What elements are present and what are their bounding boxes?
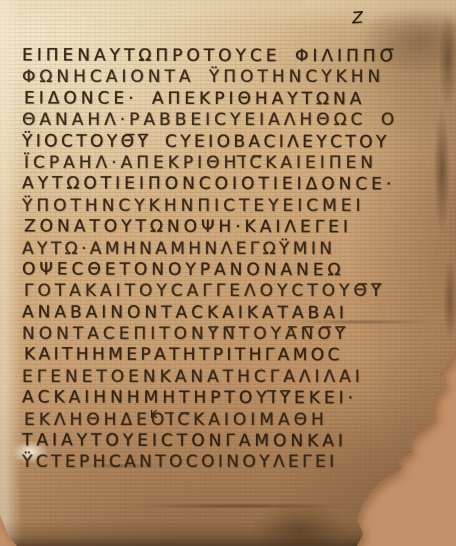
manuscript-line: ΓΟΤΑΚΑΙΤΟΥϹΑΓΓΕΛΟΥϹΤΟΥΘ̅Υ̅ xyxy=(24,281,442,302)
manuscript-line: ΫϹΤΕΡΗϹΑΝΤΟϹΟΙΝΟΥΛΕΓΕΙ xyxy=(22,452,442,473)
interlinear-correction: Κ xyxy=(150,408,157,421)
manuscript-line: ΕΙΔΟΝϹΕ· ΑΠΕΚΡΙΘΗΑΥΤΩΝΑ xyxy=(24,88,442,110)
manuscript-line: ΑΥΤΩ·ΑΜΗΝΑΜΗΝΛΕΓΩΫΜΙΝ xyxy=(22,239,442,260)
manuscript-line: ΦΩΝΗϹΑΙΟΝΤΑ ΫΠΟΤΗΝϹΥΚΗΝ xyxy=(22,67,442,88)
manuscript-line: ΘΑΝΑΗΛ·ΡΑΒΒΕΙϹΥΕΙΑΛΗΘΩϹ Ο xyxy=(22,110,442,131)
manuscript-line: ΫΠΟΤΗΝϹΥΚΗΝΠΙϹΤΕΥΕΙϹΜΕΙ xyxy=(22,196,442,217)
manuscript-line: ΚΑΙΤΗΗΜΕΡΑΤΗΤΡΙΤΗΓΑΜΟϹ xyxy=(24,345,442,367)
manuscript-line: ΤΑΙΑΥΤΟΥΕΙϹΤΟΝΓΑΜΟΝΚΑΙ xyxy=(22,430,442,452)
manuscript-photo: Ζ ΕΙΠΕΝΑΥΤΩΠΡΟΤΟΥϹΕ ΦΙΛΙΠΠΟ̅ ΦΩΝΗϹΑΙΟΝΤΑ… xyxy=(0,0,456,546)
manuscript-line: ΕΚΛΗΘΗΔΕΟΙ̅Ϲ̅ΚΑΙΟΙΜΑΘΗ xyxy=(24,410,442,431)
page-number: Ζ xyxy=(351,8,364,28)
manuscript-line: ΑΥΤΩΟΤΙΕΙΠΟΝϹΟΙΟΤΙΕΙΔΟΝϹΕ· xyxy=(22,174,442,196)
manuscript-line: ΫΙΟϹΤΟΥΘ̅Υ̅ ϹΥΕΙΟΒΑϹΙΛΕΥϹΤΟΥ xyxy=(22,131,442,153)
manuscript-text: ΕΙΠΕΝΑΥΤΩΠΡΟΤΟΥϹΕ ΦΙΛΙΠΠΟ̅ ΦΩΝΗϹΑΙΟΝΤΑ Ϋ… xyxy=(22,46,442,474)
manuscript-line: ΕΙΠΕΝΑΥΤΩΠΡΟΤΟΥϹΕ ΦΙΛΙΠΠΟ̅ xyxy=(22,45,442,67)
manuscript-line: ΕΓΕΝΕΤΟΕΝΚΑΝΑΤΗϹΓΑΛΙΛΑΙ xyxy=(22,367,442,388)
manuscript-line: ΝΟΝΤΑϹΕΠΙΤΟΝΥ̅Ν̅ΤΟΥΑ̅Ν̅Ο̅Υ̅ xyxy=(22,324,442,345)
manuscript-line: ΟΨΕϹΘΕΤΟΝΟΥΡΑΝΟΝΑΝΕΩ xyxy=(22,259,442,281)
manuscript-line: ΑϹΚΑΙΗΝΗΜΗΤΗΡΤΟΥΙ̅Υ̅ΕΚΕΙ· xyxy=(22,388,442,410)
manuscript-line: ΑΝΑΒΑΙΝΟΝΤΑϹΚΑΙΚΑΤΑΒΑΙ xyxy=(22,302,442,324)
papyrus-page: Ζ ΕΙΠΕΝΑΥΤΩΠΡΟΤΟΥϹΕ ΦΙΛΙΠΠΟ̅ ΦΩΝΗϹΑΙΟΝΤΑ… xyxy=(0,0,456,546)
papyrus-wrap: Ζ ΕΙΠΕΝΑΥΤΩΠΡΟΤΟΥϹΕ ΦΙΛΙΠΠΟ̅ ΦΩΝΗϹΑΙΟΝΤΑ… xyxy=(0,0,456,546)
manuscript-line: ΪϹΡΑΗΛ·ΑΠΕΚΡΙΘΗΙ̅Ϲ̅ΚΑΙΕΙΠΕΝ xyxy=(24,153,442,174)
manuscript-line: ΖΟΝΑΤΟΥΤΩΝΟΨΗ·ΚΑΙΛΕΓΕΙ xyxy=(24,217,442,239)
